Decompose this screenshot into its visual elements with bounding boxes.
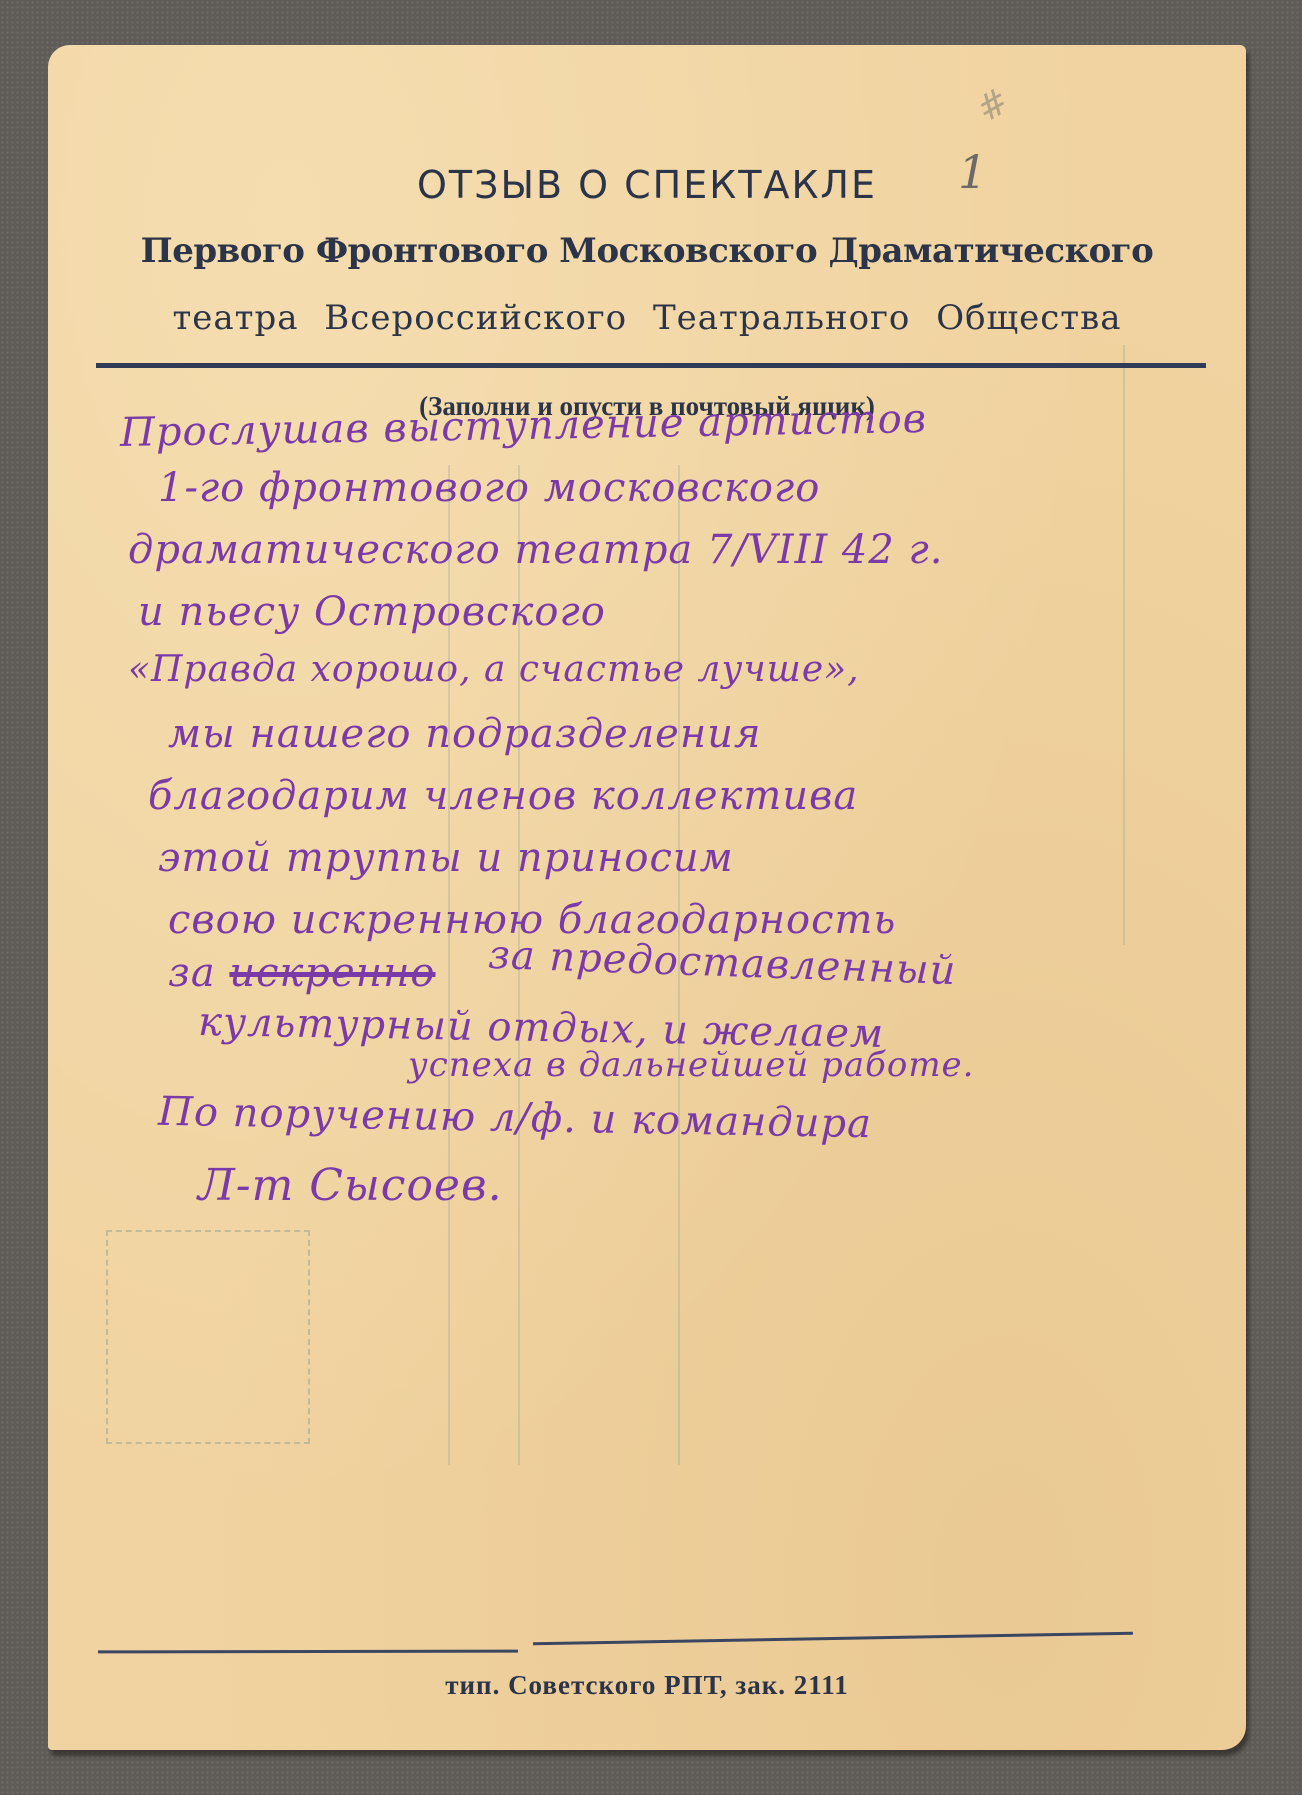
organization-line-2: театра Всероссийского Театрального Общес… [48, 298, 1246, 338]
handwritten-line: «Правда хорошо, а счастье лучше», [128, 649, 860, 690]
document-title: ОТЗЫВ О СПЕКТАКЛЕ [48, 163, 1246, 207]
footer-rule-right [533, 1632, 1133, 1645]
handwritten-line: и пьесу Островского [138, 589, 606, 635]
struck-word: искренно [229, 950, 435, 996]
handwritten-line: драматического театра 7/VIII 42 г. [128, 527, 943, 573]
signature: Л-т Сысоев. [198, 1160, 503, 1211]
archive-mark: # [970, 80, 1017, 131]
header-rule [96, 363, 1206, 368]
handwritten-line: благодарим членов коллектива [148, 773, 858, 819]
handwritten-line-with-strike: за искренно [168, 950, 436, 996]
bleed-through-line [1123, 345, 1125, 945]
handwritten-line: 1-го фронтового московского [158, 465, 820, 511]
printer-imprint: тип. Советского РПТ, зак. 2111 [48, 1670, 1246, 1701]
handwritten-line: успеха в дальнейшей работе. [408, 1045, 974, 1085]
bleed-through-stamp-box [106, 1230, 310, 1444]
handwritten-line: мы нашего подразделения [168, 711, 761, 757]
review-card: # 1 ОТЗЫВ О СПЕКТАКЛЕ Первого Фронтового… [48, 45, 1246, 1750]
handwritten-line: По поручению л/ф. и командира [158, 1089, 873, 1147]
footer-rule-left [98, 1650, 518, 1654]
handwritten-line: этой труппы и приносим [158, 835, 734, 881]
handwritten-prefix: за [168, 950, 229, 996]
organization-line-1: Первого Фронтового Московского Драматиче… [48, 231, 1246, 271]
